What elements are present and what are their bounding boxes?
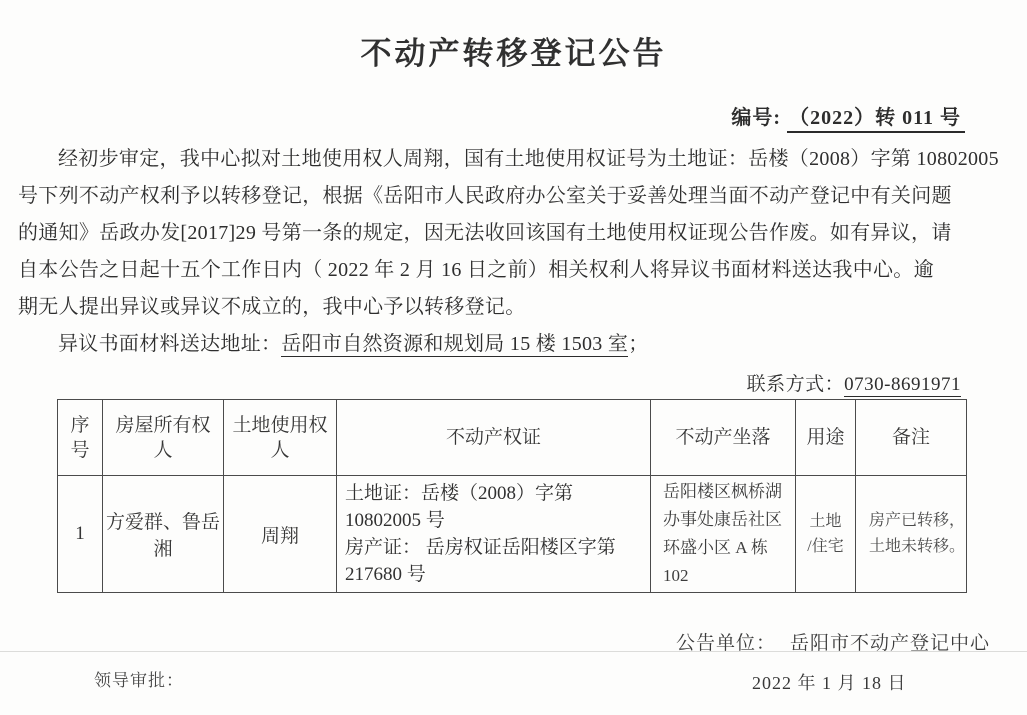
document-date: 2022 年 1 月 18 日 — [752, 669, 907, 695]
body-line-1: 经初步审定，我中心拟对土地使用权人周翔，国有土地使用权证号为土地证：岳楼（200… — [18, 141, 1010, 178]
cell-location: 岳阳楼区枫桥湖办事处康岳社区环盛小区 A 栋 102 — [651, 476, 796, 593]
body-paragraph: 经初步审定，我中心拟对土地使用权人周翔，国有土地使用权证号为土地证：岳楼（200… — [18, 141, 1010, 363]
cell-house-owner: 方爱群、鲁岳湘 — [103, 476, 224, 593]
cell-seq: 1 — [58, 476, 103, 593]
remark-line-2: 土地未转移。 — [869, 534, 965, 560]
contact-label: 联系方式： — [747, 374, 845, 395]
reference-number-line: 编号: （2022）转 011 号 — [731, 101, 965, 130]
cell-land-user: 周翔 — [224, 476, 337, 593]
header-land-user: 土地使用权人 — [224, 400, 337, 476]
registration-table: 序号 房屋所有权人 土地使用权人 不动产权证 不动产坐落 用途 备注 1 方爱群… — [57, 399, 967, 593]
remark-line-1: 房产已转移， — [869, 508, 965, 534]
table-row: 1 方爱群、鲁岳湘 周翔 土地证：岳楼（2008）字第 10802005 号 房… — [58, 476, 967, 593]
cert-land-line: 土地证：岳楼（2008）字第 10802005 号 — [345, 480, 644, 534]
address-label: 异议书面材料送达地址： — [58, 333, 281, 355]
cell-remark: 房产已转移， 土地未转移。 — [856, 476, 967, 593]
header-seq: 序号 — [58, 400, 103, 476]
reference-number: （2022）转 011 号 — [787, 107, 965, 133]
body-line-3: 的通知》岳政办发[2017]29 号第一条的规定，因无法收回该国有土地使用权证现… — [18, 215, 1010, 252]
header-usage: 用途 — [796, 400, 856, 476]
header-certificate: 不动产权证 — [337, 400, 651, 476]
reference-label: 编号: — [731, 107, 781, 129]
usage-line-1: 土地 — [797, 509, 854, 534]
body-line-5: 期无人提出异议或异议不成立的，我中心予以转移登记。 — [18, 289, 1010, 326]
scan-artifact-line — [0, 651, 1027, 652]
header-house-owner: 房屋所有权人 — [103, 400, 224, 476]
usage-line-2: /住宅 — [797, 534, 854, 559]
approval-label: 领导审批： — [94, 666, 184, 691]
body-line-2: 号下列不动产权利予以转移登记，根据《岳阳市人民政府办公室关于妥善处理当面不动产登… — [18, 178, 1010, 215]
body-line-4: 自本公告之日起十五个工作日内（ 2022 年 2 月 16 日之前）相关权利人将… — [18, 252, 1010, 289]
cert-house-line: 房产证： 岳房权证岳阳楼区字第 217680 号 — [345, 534, 644, 588]
header-remark: 备注 — [856, 400, 967, 476]
document-page: 不动产转移登记公告 编号: （2022）转 011 号 经初步审定，我中心拟对土… — [0, 0, 1027, 715]
table-header-row: 序号 房屋所有权人 土地使用权人 不动产权证 不动产坐落 用途 备注 — [58, 400, 967, 476]
page-title: 不动产转移登记公告 — [0, 28, 1027, 73]
address-suffix: ； — [628, 333, 648, 355]
address-value: 岳阳市自然资源和规划局 15 楼 1503 室 — [281, 333, 628, 357]
contact-line: 联系方式：0730-8691971 — [747, 369, 961, 396]
contact-phone: 0730-8691971 — [844, 374, 961, 397]
header-location: 不动产坐落 — [651, 400, 796, 476]
cell-certificate: 土地证：岳楼（2008）字第 10802005 号 房产证： 岳房权证岳阳楼区字… — [337, 476, 651, 593]
cell-usage: 土地 /住宅 — [796, 476, 856, 593]
objection-address-line: 异议书面材料送达地址：岳阳市自然资源和规划局 15 楼 1503 室； — [18, 326, 1010, 363]
